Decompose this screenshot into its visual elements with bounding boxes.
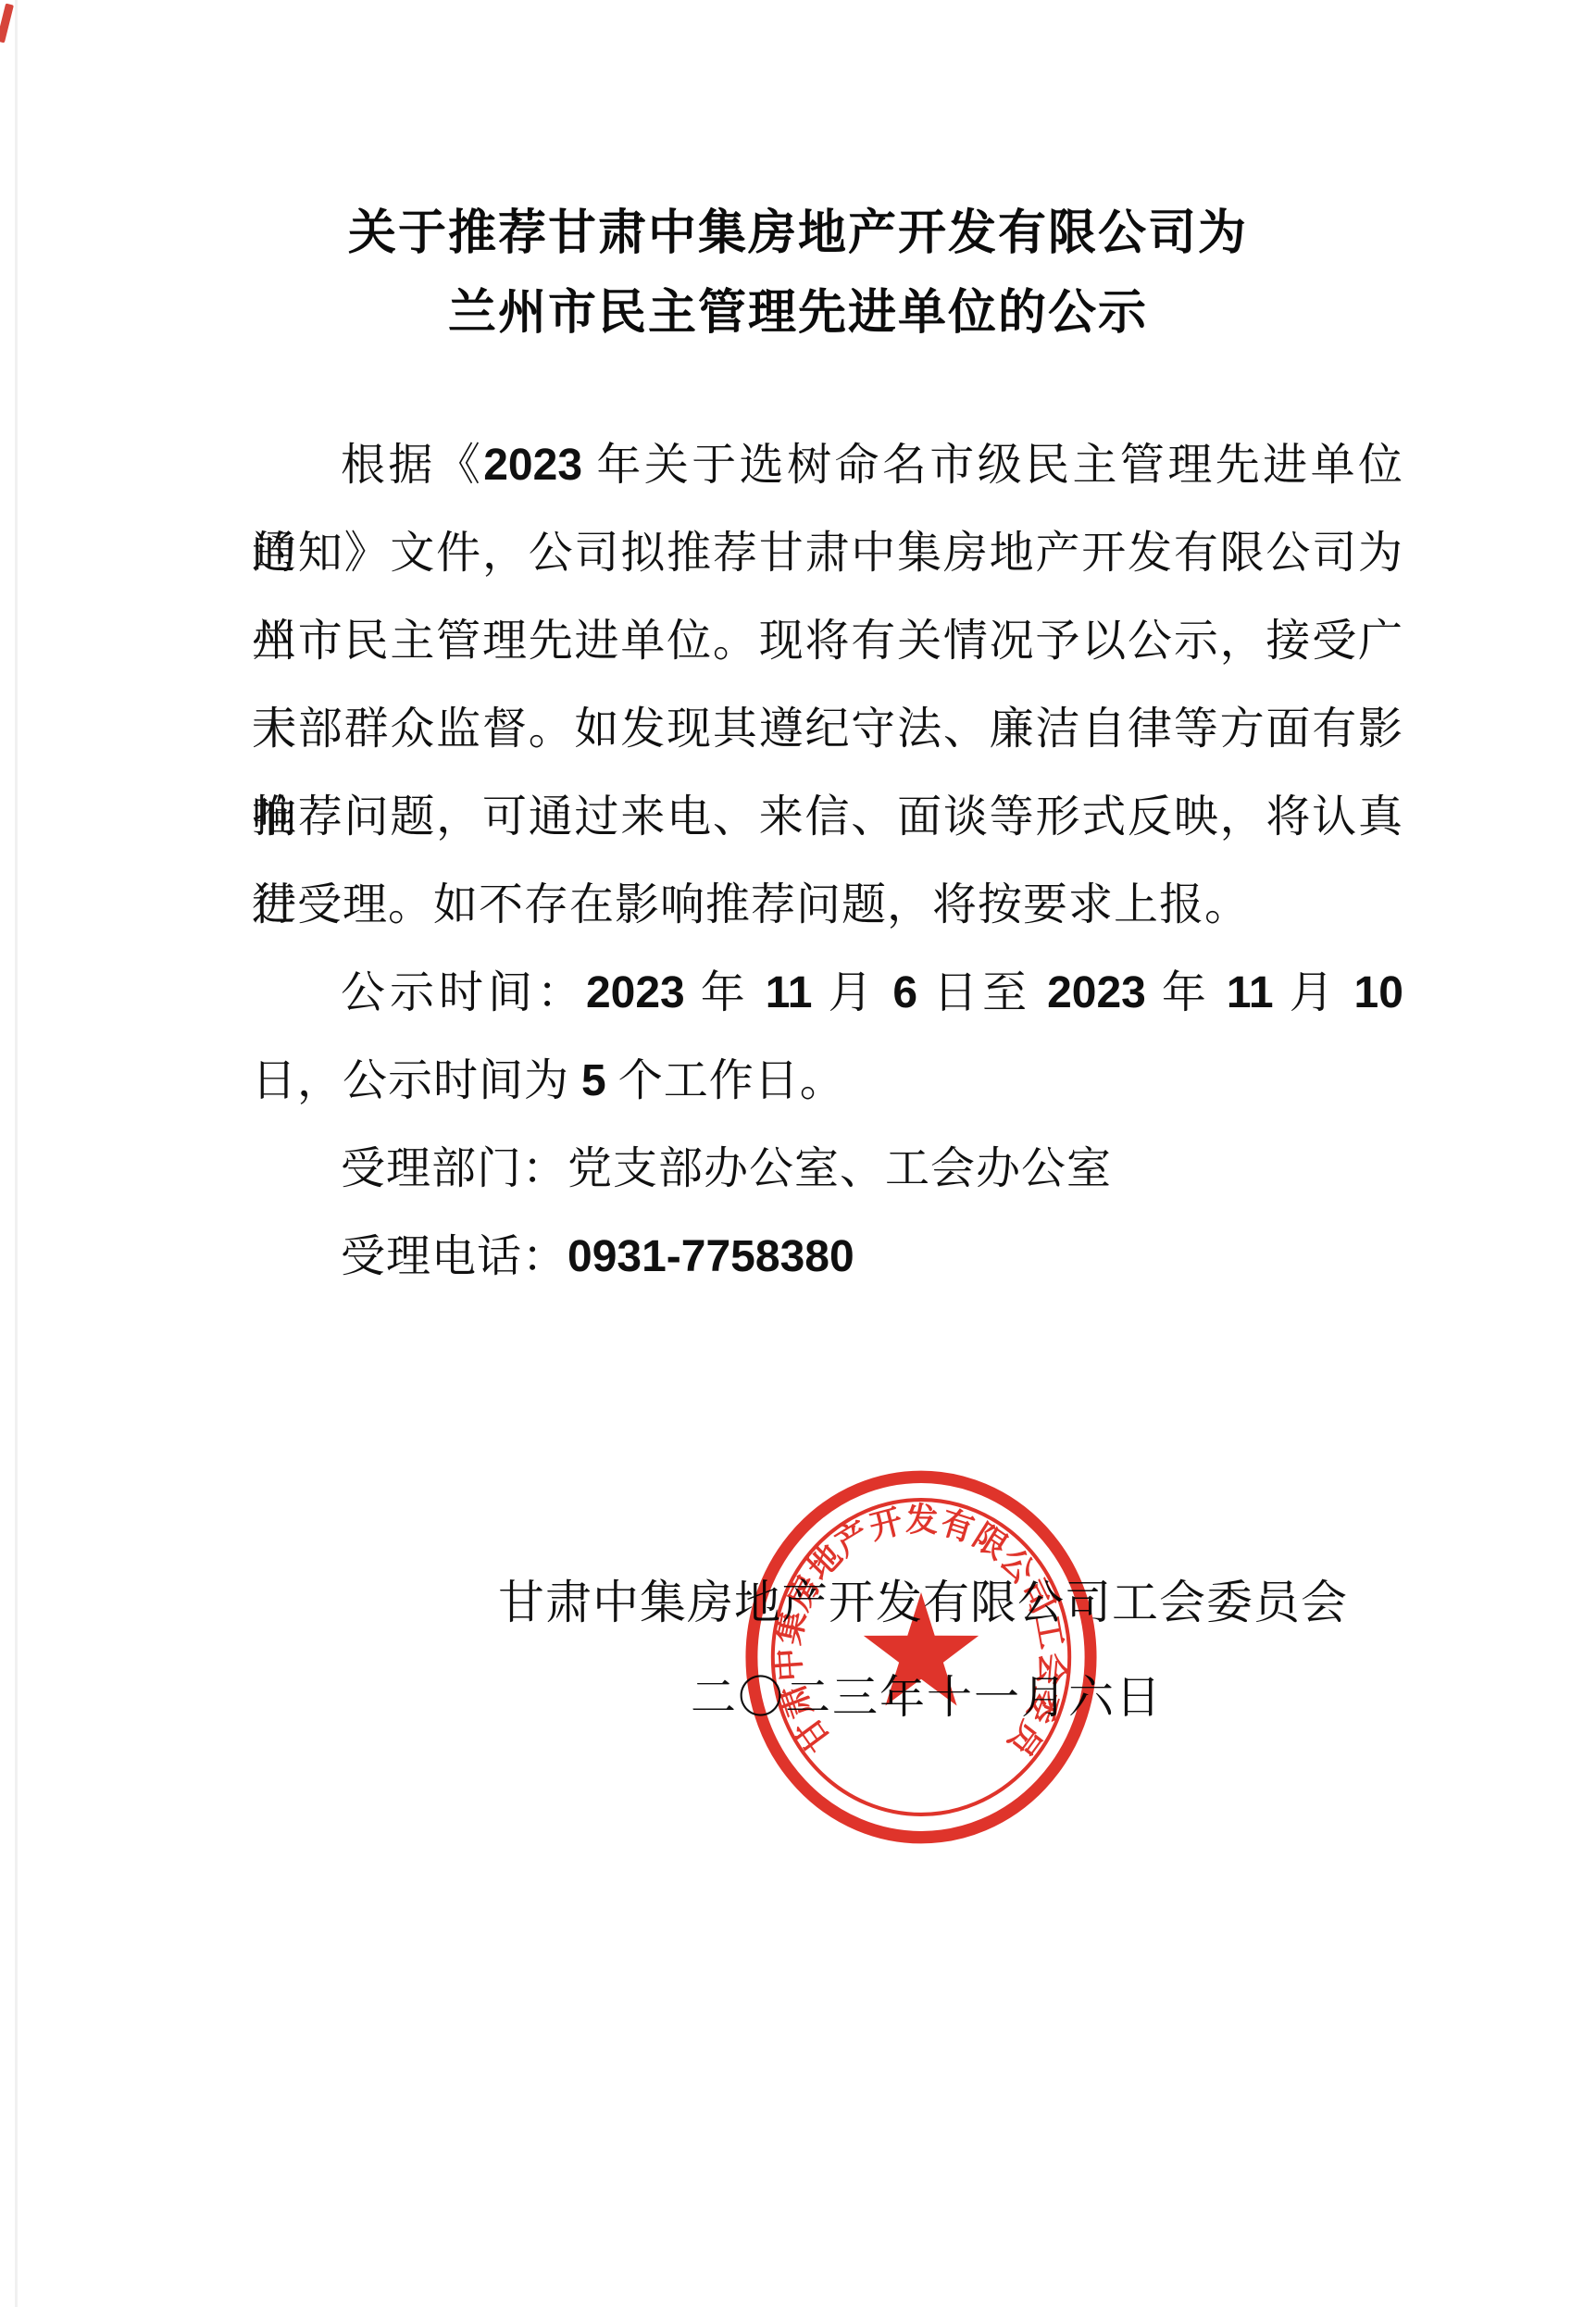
body-line-accepting-phone: 受理电话：0931-7758380 bbox=[252, 1213, 1403, 1301]
body-line: 行受理。如不存在影响推荐问题，将按要求上报。 bbox=[252, 861, 1403, 949]
body-line-publicity-period-cont: 日，公示时间为 5 个工作日。 bbox=[252, 1037, 1403, 1125]
body-line: 推荐问题，可通过来电、来信、面谈等形式反映，将认真进 bbox=[252, 773, 1403, 861]
red-corner-mark bbox=[0, 4, 14, 44]
body-line: 州市民主管理先进单位。现将有关情况予以公示，接受广大 bbox=[252, 597, 1403, 685]
star-icon bbox=[864, 1592, 979, 1706]
scanned-document-page: 关于推荐甘肃中集房地产开发有限公司为 兰州市民主管理先进单位的公示 根据《202… bbox=[0, 0, 1596, 2307]
body-line: 根据《2023 年关于选树命名市级民主管理先进单位的 bbox=[252, 421, 1403, 509]
document-title-line-2: 兰州市民主管理先进单位的公示 bbox=[0, 285, 1596, 341]
body-line: 通知》文件，公司拟推荐甘肃中集房地产开发有限公司为兰 bbox=[252, 509, 1403, 597]
official-seal: 甘肃中集房地产开发有限公司工会委员会 bbox=[737, 1466, 1105, 1848]
body-line: 干部群众监督。如发现其遵纪守法、廉洁自律等方面有影响 bbox=[252, 685, 1403, 773]
document-title-line-1: 关于推荐甘肃中集房地产开发有限公司为 bbox=[0, 206, 1596, 261]
scan-edge-artifact bbox=[15, 0, 18, 2307]
body-line-publicity-period: 公示时间：2023 年 11 月 6 日至 2023 年 11 月 10 bbox=[252, 949, 1403, 1037]
seal-graphic: 甘肃中集房地产开发有限公司工会委员会 bbox=[737, 1466, 1105, 1848]
body-line-accepting-department: 受理部门：党支部办公室、工会办公室 bbox=[252, 1125, 1403, 1213]
document-body: 根据《2023 年关于选树命名市级民主管理先进单位的 通知》文件，公司拟推荐甘肃… bbox=[252, 421, 1403, 1301]
